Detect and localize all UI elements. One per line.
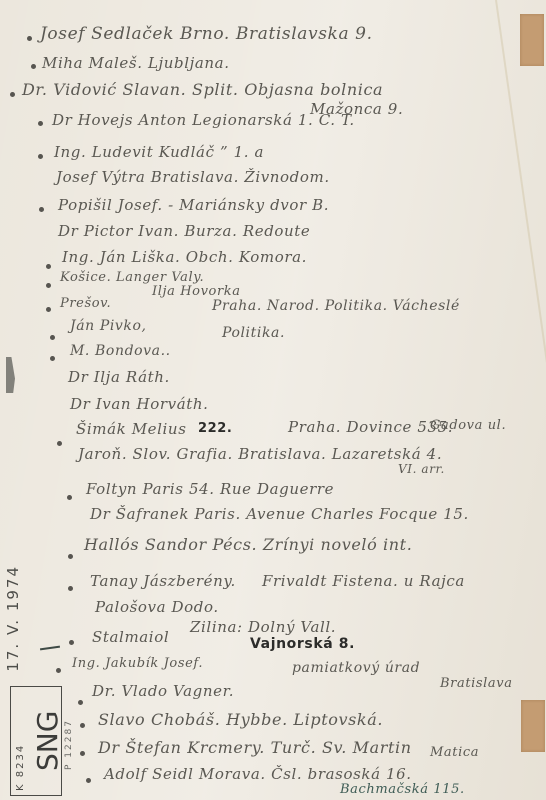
stamp-letters: SNG xyxy=(37,689,59,793)
sng-stamp: SNG K 8234 xyxy=(10,686,62,796)
bullet-icon xyxy=(38,154,43,159)
tape-strip-bottom xyxy=(521,700,545,752)
entry-tanay: Tanay Jászberény. xyxy=(90,572,236,590)
bullet-icon xyxy=(78,700,83,705)
entry-rath: Dr Ilja Ráth. xyxy=(68,368,170,386)
entry-vidovic: Dr. Vidović Slavan. Split. Objasna bolni… xyxy=(22,80,383,99)
entry-foltyn: Foltyn Paris 54. Rue Daguerre xyxy=(86,480,334,498)
entry-pivko-address: Politika. xyxy=(222,325,285,341)
entry-palosova: Palošova Dodo. xyxy=(95,598,219,616)
entry-pamiatkovy-urad: pamiatkový úrad xyxy=(292,660,420,676)
entry-kosice: Košice. Langer Valy. xyxy=(60,270,204,285)
entry-pivko: Ján Pivko, xyxy=(70,318,147,334)
entry-presov-address: Praha. Narod. Politika. Vácheslé xyxy=(212,298,460,314)
entry-bachmacska: Bachmačská 115. xyxy=(340,782,465,797)
entry-hovejs: Dr Hovejs Anton Legionarská 1. C. T. xyxy=(52,111,355,129)
bullet-icon xyxy=(80,751,85,756)
entry-krcmery: Dr Štefan Krcmery. Turč. Sv. Martin xyxy=(98,738,412,757)
entry-vajnorska: Vajnorská 8. xyxy=(250,636,355,652)
bullet-icon xyxy=(10,92,15,97)
entry-hallos: Hallós Sandor Pécs. Zrínyi noveló int. xyxy=(84,535,412,554)
entry-pictor: Dr Pictor Ivan. Burza. Redoute xyxy=(58,222,310,240)
entry-frivaldt: Frivaldt Fistena. u Rajca xyxy=(262,572,465,590)
bullet-icon xyxy=(57,441,62,446)
date-note: 17. V. 1974 xyxy=(4,565,22,672)
entry-jakubik: Ing. Jakubík Josef. xyxy=(72,656,203,671)
entry-bondova: M. Bondova.. xyxy=(70,343,171,359)
entry-gadova: Gadova ul. xyxy=(430,418,506,433)
bullet-icon xyxy=(50,335,55,340)
entry-simak-number: 222. xyxy=(198,421,232,436)
entry-sedlacek: Josef Sedlaček Brno. Bratislavska 9. xyxy=(40,24,373,44)
entry-stalmaiol: Stalmaiol xyxy=(92,628,169,646)
entry-popisil: Popišil Josef. - Mariánsky dvor B. xyxy=(58,196,329,214)
bullet-icon xyxy=(38,121,43,126)
entry-safranek: Dr Šafranek Paris. Avenue Charles Focque… xyxy=(90,505,469,523)
bullet-icon xyxy=(50,356,55,361)
entry-arrondissement: VI. arr. xyxy=(398,462,445,476)
bullet-icon xyxy=(31,64,36,69)
bullet-icon xyxy=(80,723,85,728)
entry-liska: Ing. Ján Liška. Obch. Komora. xyxy=(62,248,307,266)
bullet-icon xyxy=(39,207,44,212)
entry-males: Miha Maleš. Ljubljana. xyxy=(42,54,230,72)
stamp-number: K 8234 xyxy=(15,691,29,791)
entry-vytra: Josef Výtra Bratislava. Živnodom. xyxy=(56,168,330,186)
entry-jaron: Jaroň. Slov. Grafia. Bratislava. Lazaret… xyxy=(78,445,442,463)
bullet-icon xyxy=(69,640,74,645)
entry-hovorka: Ilja Hovorka xyxy=(152,284,241,299)
entry-seidl: Adolf Seidl Morava. Čsl. brasoská 16. xyxy=(104,765,412,783)
entry-vagner-city: Bratislava xyxy=(440,676,513,691)
entry-matica: Matica xyxy=(430,745,479,760)
bullet-icon xyxy=(46,264,51,269)
entry-presov: Prešov. xyxy=(60,296,111,311)
inventory-number: P 12287 xyxy=(64,680,78,770)
bullet-icon xyxy=(56,668,61,673)
bullet-icon xyxy=(86,778,91,783)
entry-horvath: Dr Ivan Horváth. xyxy=(70,395,209,413)
entry-vagner: Dr. Vlado Vagner. xyxy=(92,682,234,700)
bullet-icon xyxy=(68,554,73,559)
bullet-icon xyxy=(46,307,51,312)
entry-simak-address: Praha. Dovince 535. xyxy=(288,418,453,436)
bullet-icon xyxy=(46,283,51,288)
entry-chobas: Slavo Chobáš. Hybbe. Liptovská. xyxy=(98,710,383,729)
tape-strip-top xyxy=(520,14,544,66)
entry-simak-name: Šimák Melius xyxy=(76,420,187,438)
entry-kudlac: Ing. Ludevit Kudláč ” 1. a xyxy=(54,143,264,161)
entry-zilina: Zilina: Dolný Vall. xyxy=(190,618,336,636)
bullet-icon xyxy=(68,586,73,591)
bullet-icon xyxy=(27,36,32,41)
bullet-icon xyxy=(67,495,72,500)
